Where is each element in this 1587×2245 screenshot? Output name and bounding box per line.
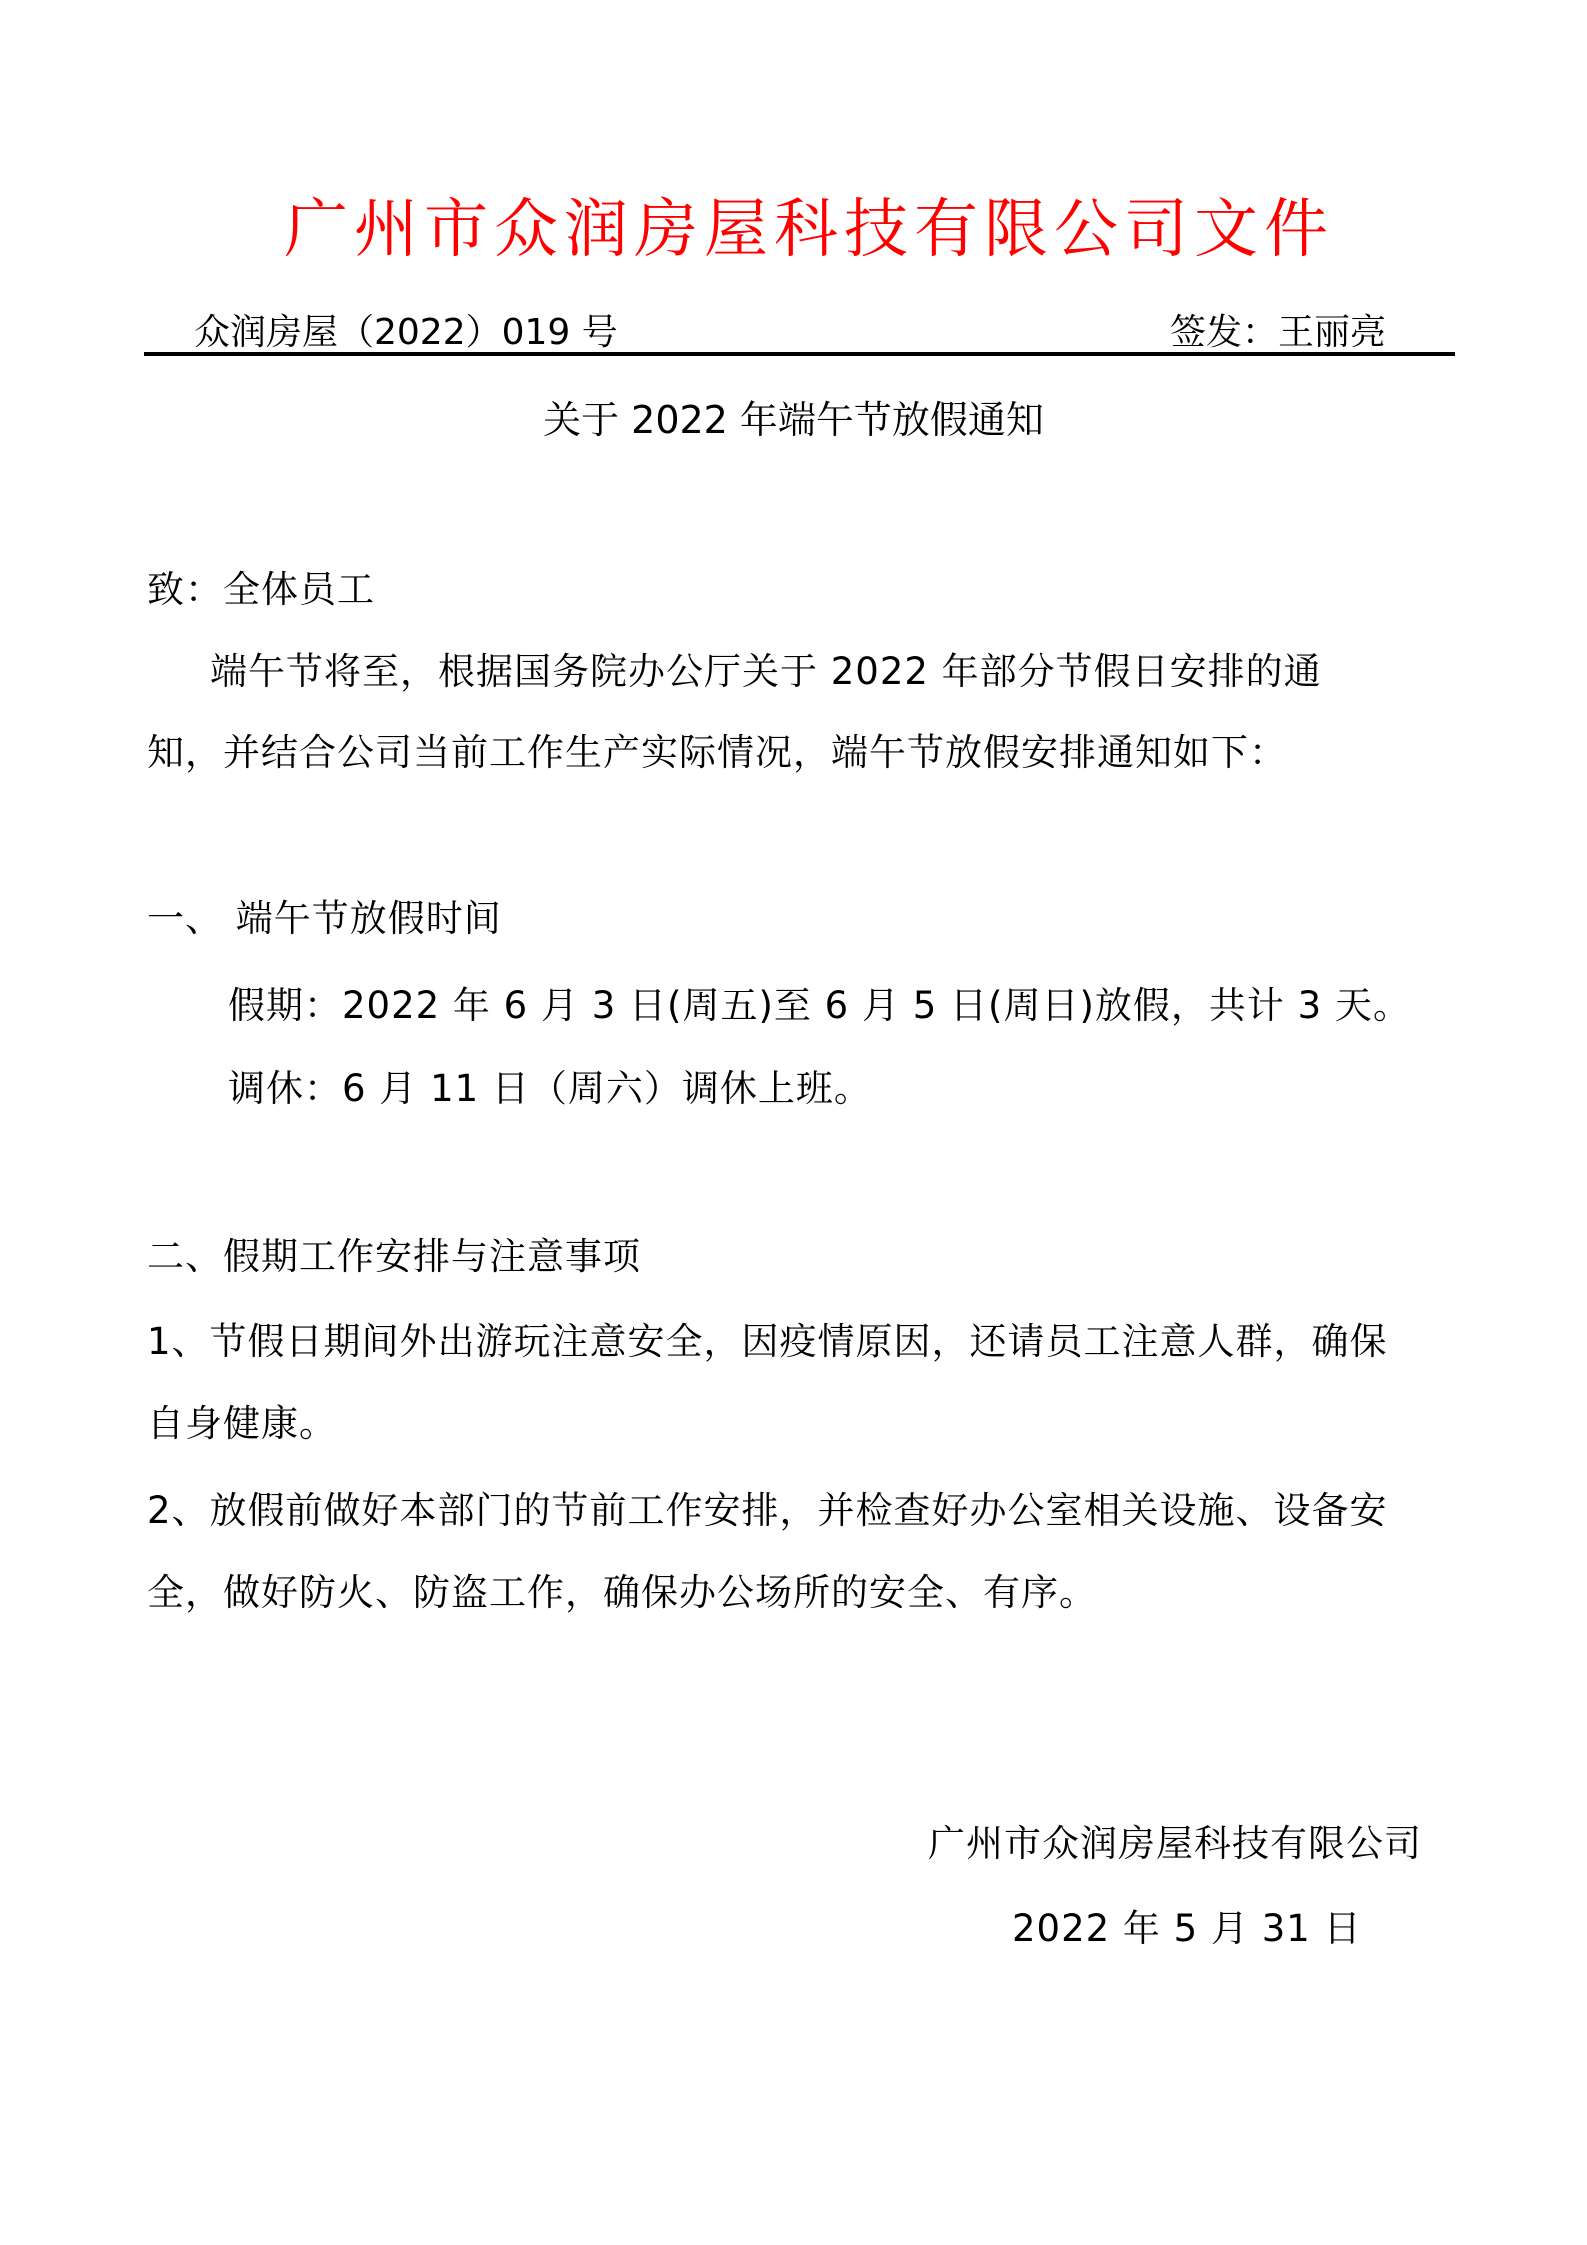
section-2-heading: 二、假期工作安排与注意事项 xyxy=(147,1232,641,1282)
notice-subtitle: 关于 2022 年端午节放假通知 xyxy=(0,395,1587,445)
item-1-line-1: 1、节假日期间外出游玩注意安全，因疫情原因，还请员工注意人群，确保 xyxy=(147,1317,1388,1367)
makeup-workday: 调休：6 月 11 日（周六）调休上班。 xyxy=(228,1064,872,1114)
signature-date: 2022 年 5 月 31 日 xyxy=(1012,1904,1362,1954)
intro-line-2: 知，并结合公司当前工作生产实际情况，端午节放假安排通知如下： xyxy=(147,728,1287,778)
item-2-line-1: 2、放假前做好本部门的节前工作安排，并检查好办公室相关设施、设备安 xyxy=(147,1486,1388,1536)
item-1-line-2: 自身健康。 xyxy=(147,1399,337,1449)
document-number: 众润房屋（2022）019 号 xyxy=(194,310,618,356)
signature-company: 广州市众润房屋科技有限公司 xyxy=(928,1819,1422,1869)
signer: 签发：王丽亮 xyxy=(1170,310,1386,356)
item-2-line-2: 全，做好防火、防盗工作，确保办公场所的安全、有序。 xyxy=(147,1568,1097,1618)
intro-line-1: 端午节将至，根据国务院办公厅关于 2022 年部分节假日安排的通 xyxy=(210,647,1322,697)
document-title: 广州市众润房屋科技有限公司文件 xyxy=(284,190,1334,270)
holiday-dates: 假期：2022 年 6 月 3 日(周五)至 6 月 5 日(周日)放假，共计 … xyxy=(228,981,1411,1031)
section-1-heading: 一、 端午节放假时间 xyxy=(147,894,502,944)
header-divider xyxy=(144,352,1455,356)
recipient: 致：全体员工 xyxy=(147,565,375,615)
